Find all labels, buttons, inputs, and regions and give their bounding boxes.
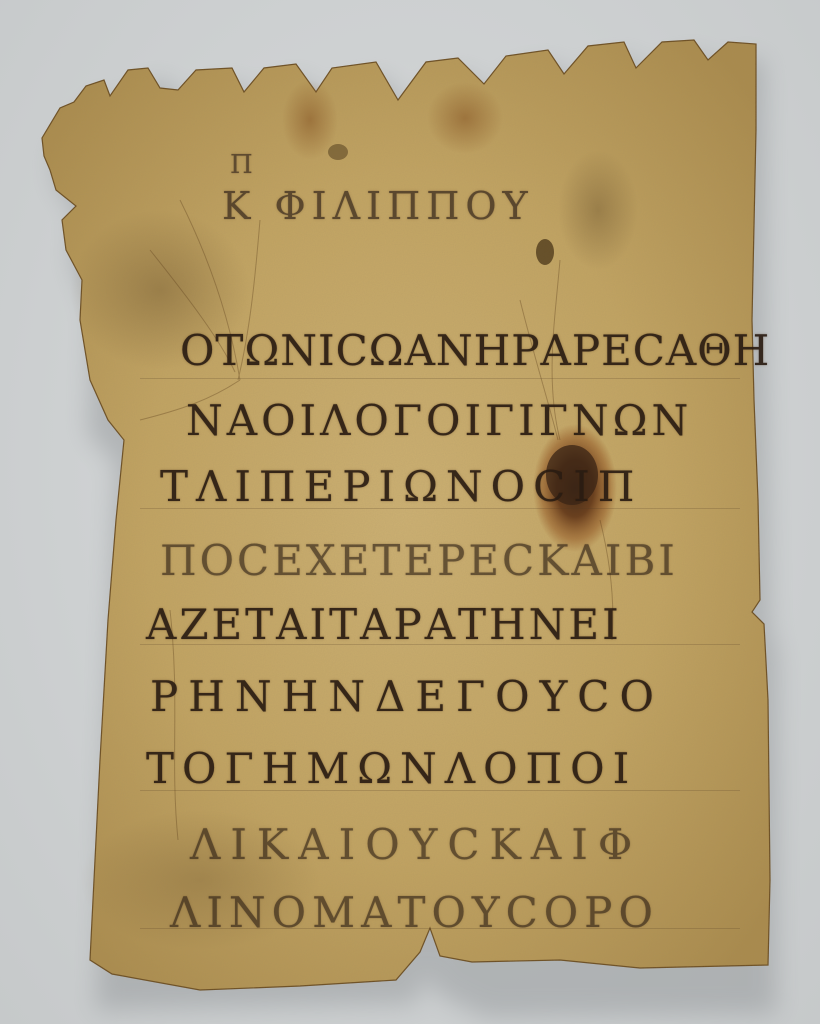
text-line-5: ΑΖΕΤΑΙΤΑΡΑΤΗΝΕΙ: [146, 600, 622, 649]
text-line-7: ΤΟΓΗΜΩΝΛΟΠΟΙ: [146, 744, 637, 793]
text-line-3: ΤΛΙΠΕΡΙΩΝΟCΙΠ: [160, 462, 642, 511]
manuscript-text: Π Κ ΦΙΛΙΠΠΟΥ ΟΤΩΝΙCΩΑΝΗΡΑΡΕCΑΘΗ ΝΑΟΙΛΟΓΟ…: [0, 0, 820, 1024]
text-line-2: ΝΑΟΙΛΟΓΟΙΓΙΓΝΩΝ: [186, 396, 692, 445]
photo-background: Π Κ ΦΙΛΙΠΠΟΥ ΟΤΩΝΙCΩΑΝΗΡΑΡΕCΑΘΗ ΝΑΟΙΛΟΓΟ…: [0, 0, 820, 1024]
text-line-9: ΛΙΝΟΜΑΤΟΥCΟΡΟ: [170, 888, 659, 937]
text-line-1: ΟΤΩΝΙCΩΑΝΗΡΑΡΕCΑΘΗ: [180, 326, 770, 375]
header-superscript: Π: [230, 150, 255, 180]
running-title: Κ ΦΙΛΙΠΠΟΥ: [222, 184, 534, 228]
text-line-4: ΠΟCΕΧΕΤΕΡΕCΚΑΙΒΙ: [160, 536, 678, 585]
text-line-8: ΛΙΚΑΙΟΥCΚΑΙΦ: [190, 820, 642, 869]
text-line-6: ΡΗΝΗΝΔΕΓΟΥCΟ: [150, 672, 664, 721]
